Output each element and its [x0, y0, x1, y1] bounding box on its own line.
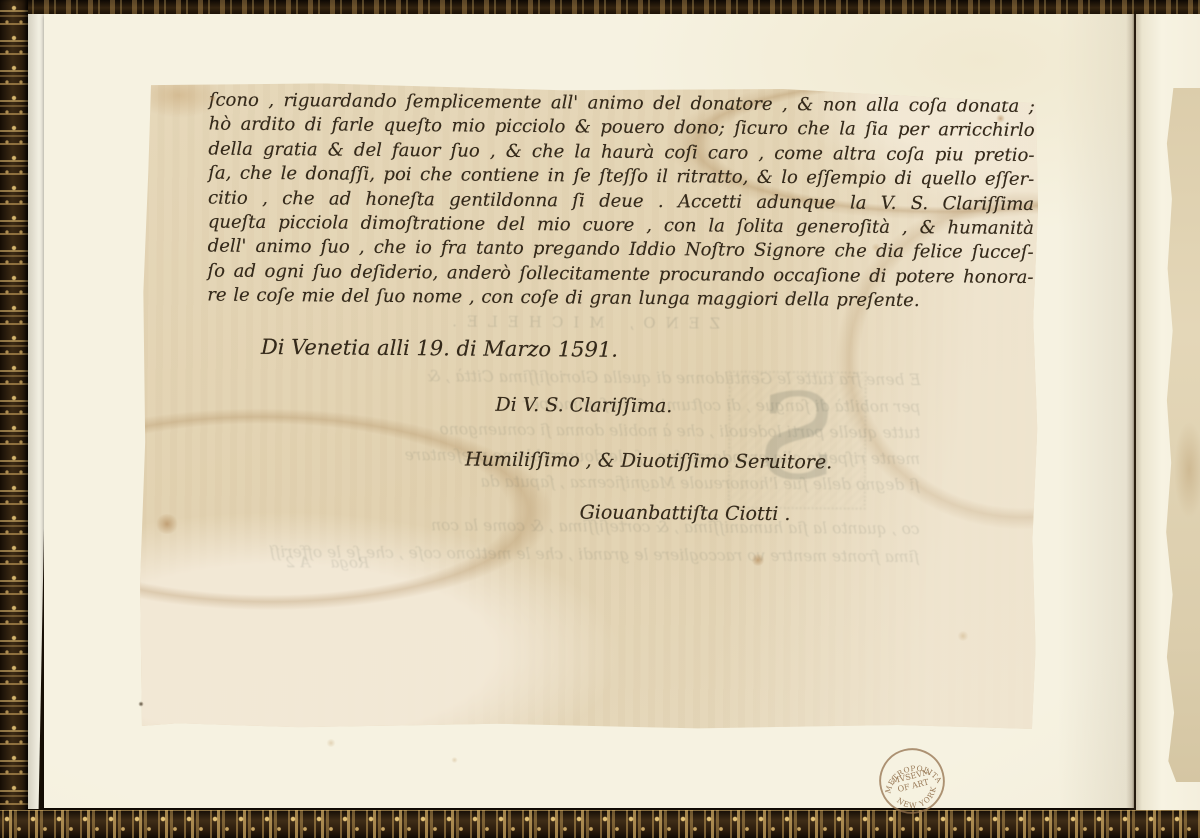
gilt-border-top: [0, 0, 1200, 14]
valediction: Humiliſſimo , & Diuotiſſimo Seruitore.: [465, 449, 832, 474]
facing-page-edge: [1136, 8, 1200, 832]
dateline: Di Venetia alli 19. di Marzo 1591.: [261, 335, 618, 362]
foxing-spot: [957, 631, 969, 641]
foxing-spot: [751, 554, 765, 566]
foxing-spot: [871, 243, 881, 252]
show-through-gathering-mark: A 2: [285, 553, 310, 571]
book-photo: ZENO, MICHELE. E bene fra tutte le Genti…: [0, 0, 1200, 838]
facing-page-mounted-fragment: [1164, 88, 1200, 782]
foxing-spot: [155, 514, 179, 534]
gilt-border-bottom: [0, 810, 1200, 838]
gilt-border-left: [0, 0, 28, 838]
signature-line: Giouanbattiſta Ciotti .: [580, 501, 791, 525]
salutation: Di V. S. Clariſſima.: [495, 394, 672, 417]
text-line: re le coſe mie del ſuo nome , con coſe d…: [207, 284, 1033, 315]
dedication-paragraph: ſcono , riguardando ſemplicemente all' a…: [207, 89, 1035, 315]
ink-speck: [138, 701, 144, 707]
foxing-spot: [451, 757, 458, 763]
show-through-title: ZENO, MICHELE.: [251, 311, 911, 334]
foxing-spot: [326, 739, 336, 747]
foxing-spot: [996, 114, 1005, 123]
show-through-signature-mark: Roga A 2: [239, 553, 369, 572]
show-through-catchword: Roga: [330, 553, 369, 571]
foxing-spot: [209, 95, 216, 102]
show-through-ornate-initial: S: [728, 371, 867, 510]
book-gutter: [1126, 6, 1142, 834]
mounted-printed-leaf: ZENO, MICHELE. E bene fra tutte le Genti…: [138, 82, 1042, 735]
